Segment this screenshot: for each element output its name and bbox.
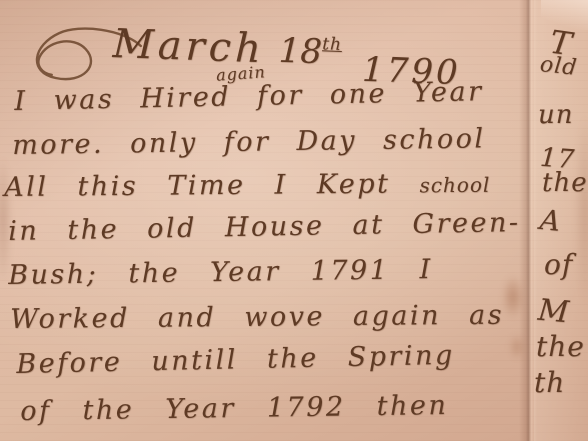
manuscript-line-6: Worked and wove again as [10,300,504,335]
manuscript-photo: March 18th 1790 again I was Hired for on… [0,0,588,441]
heading-ordinal: th [322,34,342,55]
manuscript-line-7: Before untill the Spring [16,340,455,380]
adjacent-text-fragment: the [542,168,588,198]
heading-day: 18th [278,31,342,73]
adjacent-text-fragment: M [537,293,572,331]
adjacent-page-edge: T old un 17 the A of M the th [534,0,588,441]
manuscript-line-5: Bush; the Year 1791 I [8,254,433,291]
adjacent-text-fragment: of [544,248,573,281]
manuscript-line-8: of the Year 1792 then [20,390,448,427]
adjacent-text-fragment: A [538,203,563,238]
manuscript-line-4: in the old House at Green- [8,207,521,247]
adjacent-text-fragment: un [538,100,574,130]
manuscript-line-3: All this Time I Kept school [4,168,490,203]
adjacent-text-fragment: the [536,330,585,363]
adjacent-text-fragment: old [539,52,579,81]
adjacent-text-fragment: th [534,366,565,399]
manuscript-line-2: more. only for Day school [12,123,486,161]
abbreviated-word: school [419,173,490,198]
page-corner-highlight [541,0,588,30]
